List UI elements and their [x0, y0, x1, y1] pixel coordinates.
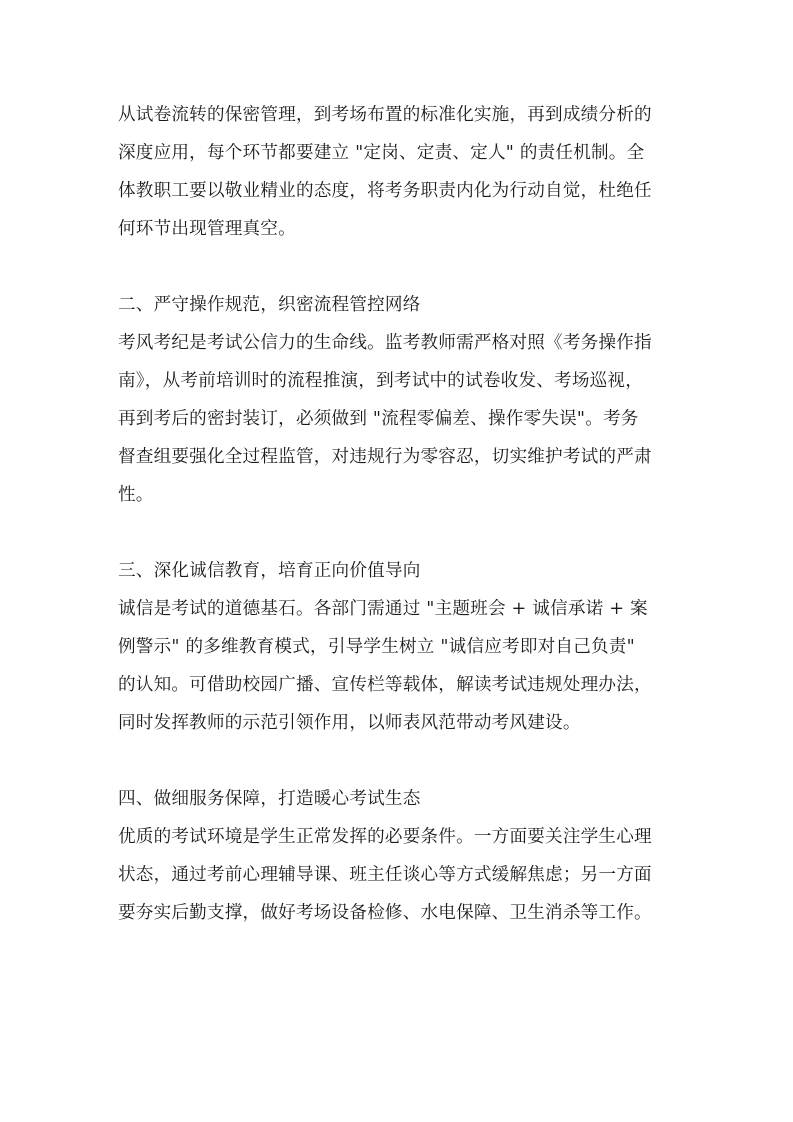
section-heading-text: 四、做细服务保障，打造暖心考试生态	[118, 780, 678, 818]
text-line: 深度应用，每个环节都要建立 "定岗、定责、定人" 的责任机制。全	[118, 134, 678, 172]
section-heading: 二、严守操作规范，织密流程管控网络	[118, 286, 678, 324]
paragraph-spacer	[118, 742, 678, 780]
text-line: 状态，通过考前心理辅导课、班主任谈心等方式缓解焦虑；另一方面	[118, 856, 678, 894]
document-page: 从试卷流转的保密管理，到考场布置的标准化实施，再到成绩分析的 深度应用，每个环节…	[118, 96, 678, 932]
text-line: 诚信是考试的道德基石。各部门需通过 "主题班会 + 诚信承诺 + 案	[118, 590, 678, 628]
text-line: 体教职工要以敬业精业的态度，将考务职责内化为行动自觉，杜绝任	[118, 172, 678, 210]
text-line: 优质的考试环境是学生正常发挥的必要条件。一方面要关注学生心理	[118, 818, 678, 856]
text-line: 南》，从考前培训时的流程推演，到考试中的试卷收发、考场巡视，	[118, 362, 678, 400]
paragraph-spacer	[118, 248, 678, 286]
text-line: 再到考后的密封装订，必须做到 "流程零偏差、操作零失误"。考务	[118, 400, 678, 438]
text-line: 督查组要强化全过程监管，对违规行为零容忍，切实维护考试的严肃	[118, 438, 678, 476]
section-3: 三、深化诚信教育，培育正向价值导向 诚信是考试的道德基石。各部门需通过 "主题班…	[118, 552, 678, 742]
text-line: 性。	[118, 476, 678, 514]
text-line: 从试卷流转的保密管理，到考场布置的标准化实施，再到成绩分析的	[118, 96, 678, 134]
text-line: 同时发挥教师的示范引领作用，以师表风范带动考风建设。	[118, 704, 678, 742]
text-line: 例警示" 的多维教育模式，引导学生树立 "诚信应考即对自己负责"	[118, 628, 678, 666]
section-heading-text: 二、严守操作规范，织密流程管控网络	[118, 286, 678, 324]
text-line: 考风考纪是考试公信力的生命线。监考教师需严格对照《考务操作指	[118, 324, 678, 362]
section-4: 四、做细服务保障，打造暖心考试生态 优质的考试环境是学生正常发挥的必要条件。一方…	[118, 780, 678, 932]
text-line: 何环节出现管理真空。	[118, 210, 678, 248]
text-line: 要夯实后勤支撑，做好考场设备检修、水电保障、卫生消杀等工作。	[118, 894, 678, 932]
section-heading: 三、深化诚信教育，培育正向价值导向	[118, 552, 678, 590]
intro-paragraph: 从试卷流转的保密管理，到考场布置的标准化实施，再到成绩分析的 深度应用，每个环节…	[118, 96, 678, 248]
text-line: 的认知。可借助校园广播、宣传栏等载体，解读考试违规处理办法，	[118, 666, 678, 704]
paragraph-spacer	[118, 514, 678, 552]
section-heading: 四、做细服务保障，打造暖心考试生态	[118, 780, 678, 818]
section-2: 二、严守操作规范，织密流程管控网络 考风考纪是考试公信力的生命线。监考教师需严格…	[118, 286, 678, 514]
section-heading-text: 三、深化诚信教育，培育正向价值导向	[118, 552, 678, 590]
